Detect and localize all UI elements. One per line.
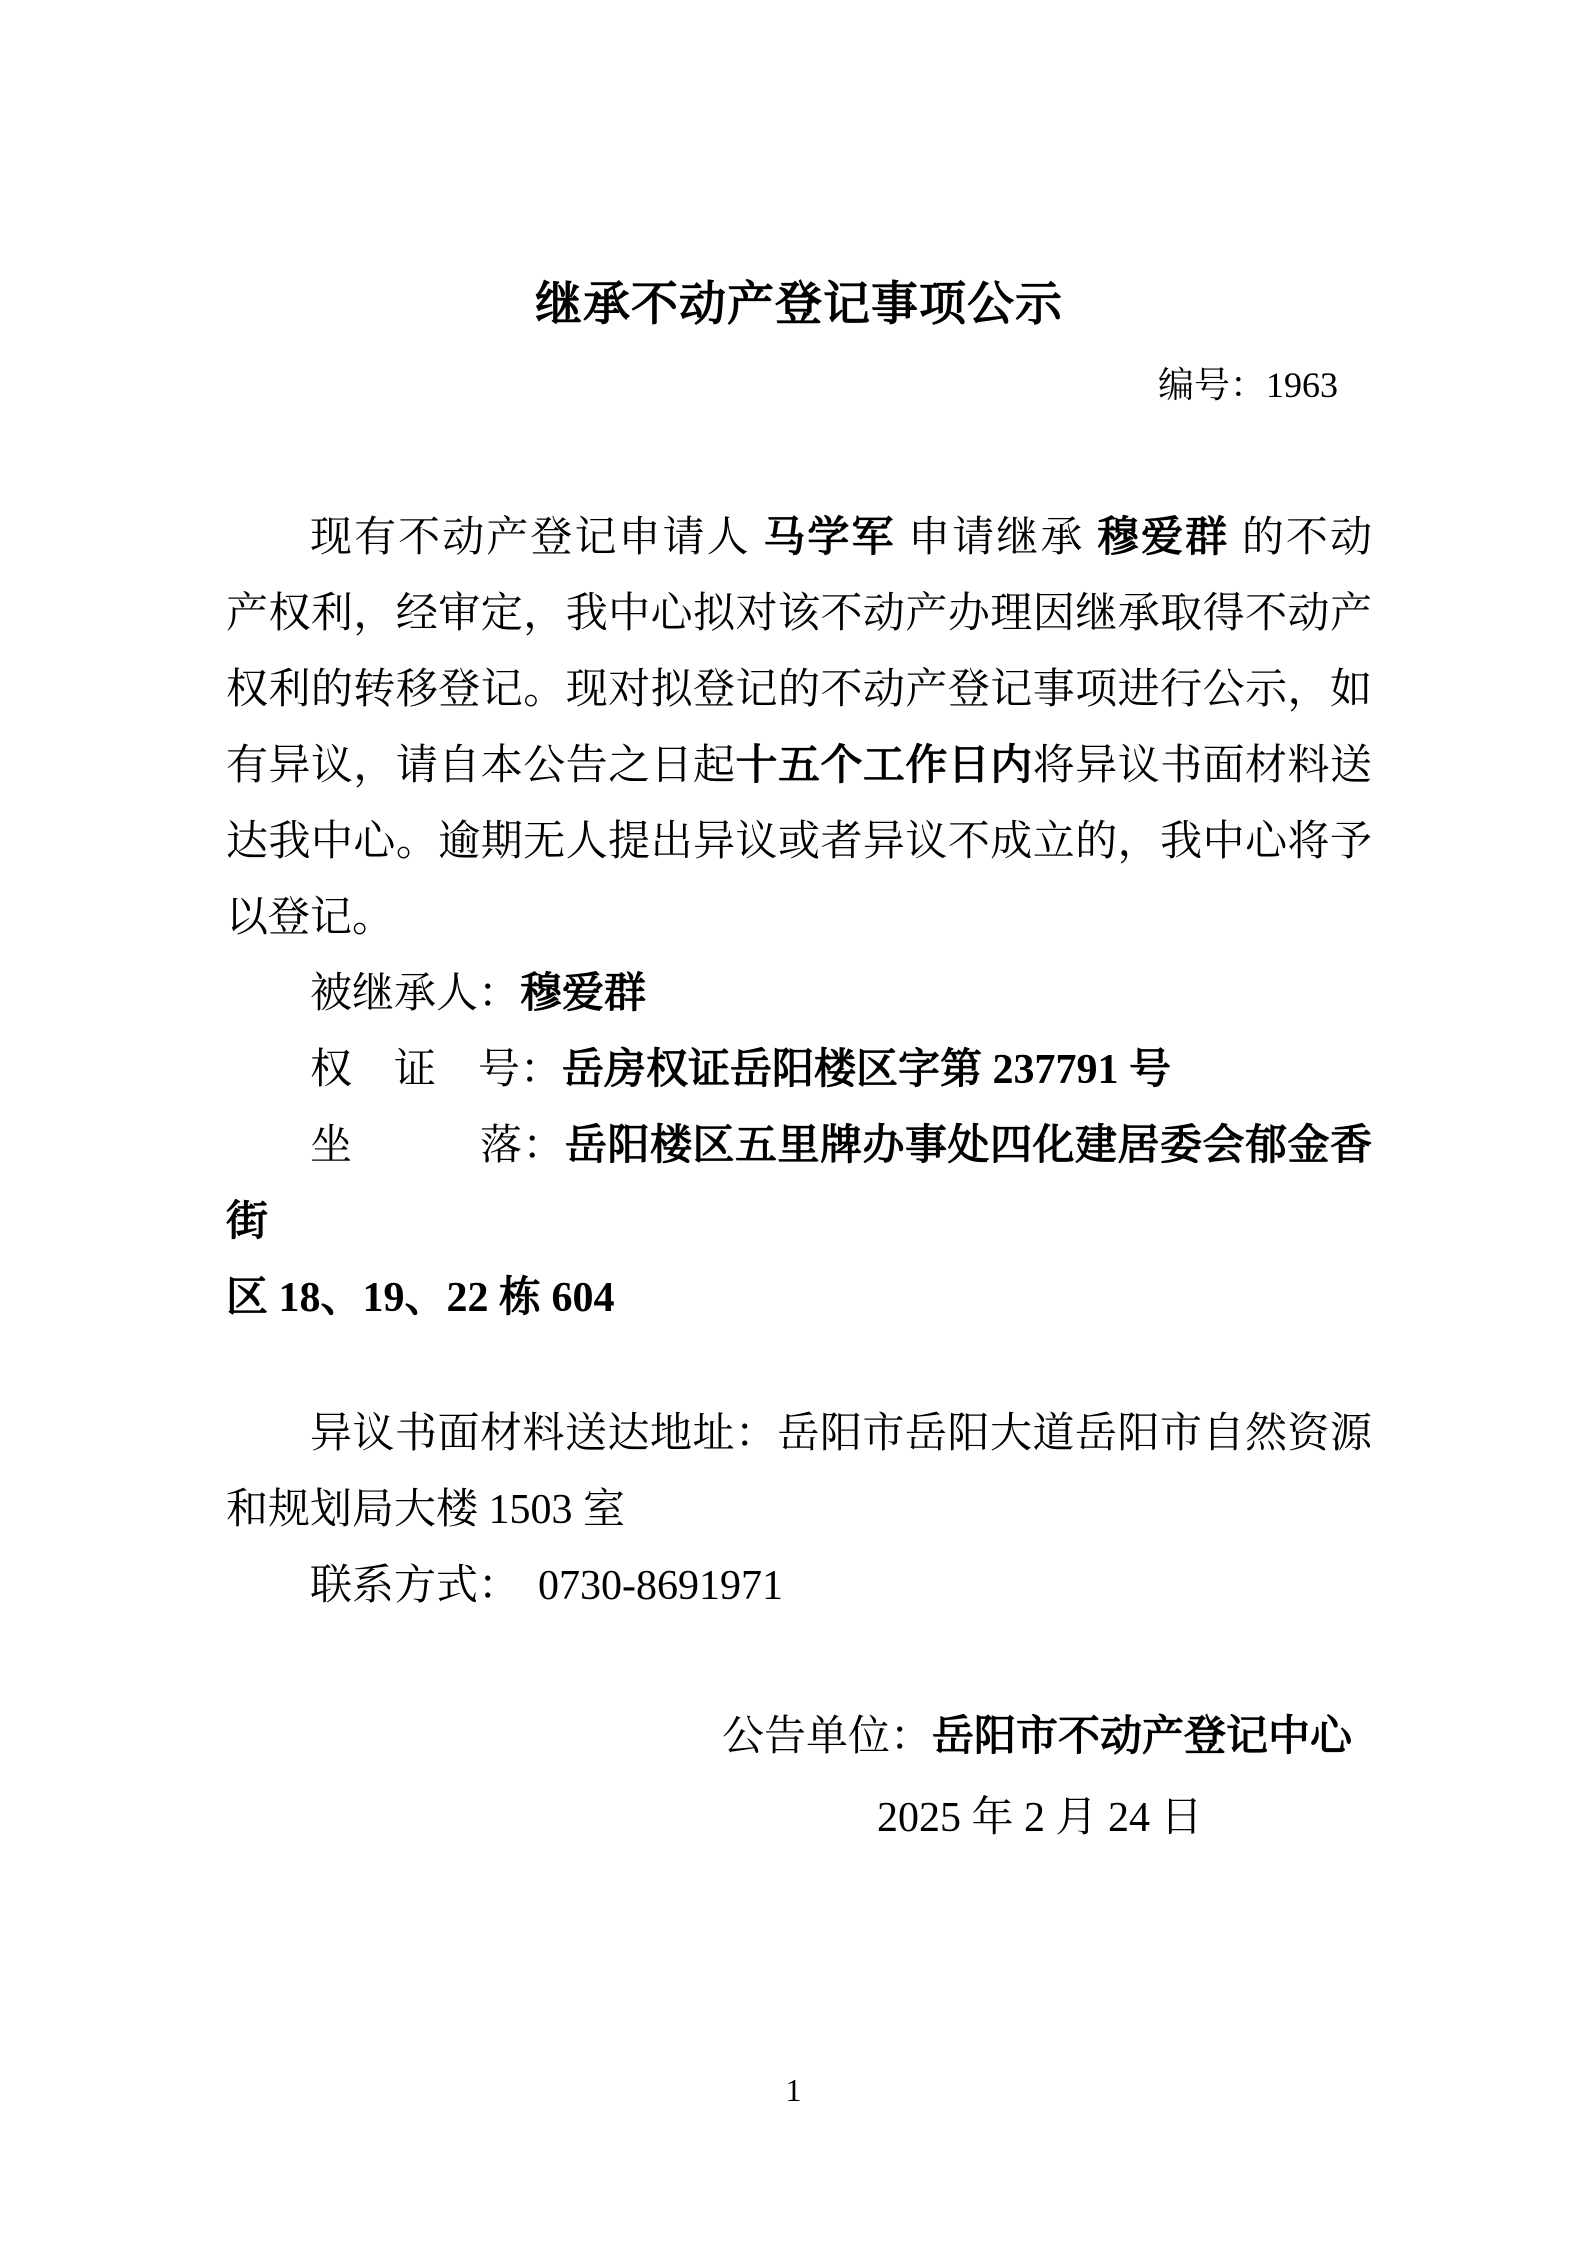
- contact-line: 联系方式：0730-8691971: [226, 1548, 1372, 1624]
- notice-body: 现有不动产登记申请人 马学军 申请继承 穆爱群 的不动 产权利，经审定，我中心拟…: [226, 500, 1372, 1624]
- signature-unit-line: 公告单位：岳阳市不动产登记中心: [722, 1697, 1372, 1778]
- paragraph-line-1: 现有不动产登记申请人 马学军 申请继承 穆爱群 的不动: [226, 500, 1372, 576]
- paragraph-line-4-pre: 有异议，请自本公告之日起: [226, 743, 736, 789]
- signature-block: 公告单位：岳阳市不动产登记中心 2025 年 2 月 24 日: [226, 1697, 1372, 1859]
- page-number: 1: [0, 2070, 1587, 2110]
- paragraph-line-5: 达我中心。逾期无人提出异议或者异议不成立的，我中心将予: [226, 804, 1372, 880]
- paragraph-line-1-mid: 申请继承: [896, 515, 1097, 561]
- objection-address-line-2: 和规划局大楼 1503 室: [226, 1472, 1372, 1548]
- objection-deadline: 十五个工作日内: [736, 743, 1033, 789]
- paragraph-line-3: 权利的转移登记。现对拟登记的不动产登记事项进行公示，如: [226, 652, 1372, 728]
- notice-document-page: 继承不动产登记事项公示 编号：1963 现有不动产登记申请人 马学军 申请继承 …: [0, 0, 1587, 2245]
- paragraph-line-1-text: 现有不动产登记申请人: [310, 515, 763, 561]
- contact-phone: 0730-8691971: [538, 1563, 783, 1609]
- decedent-name-inline: 穆爱群: [1097, 515, 1229, 561]
- signature-date: 2025 年 2 月 24 日: [877, 1778, 1372, 1859]
- signature-unit-label: 公告单位：: [722, 1714, 932, 1760]
- signature-unit-name: 岳阳市不动产登记中心: [932, 1714, 1352, 1760]
- field-location: 坐 落：岳阳楼区五里牌办事处四化建居委会郁金香街: [226, 1108, 1372, 1260]
- field-certificate-value: 岳房权证岳阳楼区字第 237791 号: [562, 1047, 1171, 1093]
- document-number-label: 编号：: [1158, 365, 1266, 405]
- field-decedent: 被继承人：穆爱群: [226, 956, 1372, 1032]
- paragraph-line-4-post: 将异议书面材料送: [1033, 743, 1372, 789]
- document-number-value: 1963: [1266, 365, 1338, 405]
- field-certificate-label: 权 证 号：: [310, 1047, 562, 1093]
- document-number-line: 编号：1963: [226, 360, 1338, 410]
- field-certificate: 权 证 号：岳房权证岳阳楼区字第 237791 号: [226, 1032, 1372, 1108]
- applicant-name: 马学军: [763, 515, 895, 561]
- objection-address-line-1: 异议书面材料送达地址：岳阳市岳阳大道岳阳市自然资源: [226, 1396, 1372, 1472]
- paragraph-line-6: 以登记。: [226, 880, 1372, 956]
- paragraph-line-1-post: 的不动: [1229, 515, 1372, 561]
- paragraph-line-4: 有异议，请自本公告之日起十五个工作日内将异议书面材料送: [226, 728, 1372, 804]
- field-location-value-line2: 区 18、19、22 栋 604: [226, 1275, 615, 1321]
- contact-label: 联系方式：: [310, 1563, 520, 1609]
- field-decedent-label: 被继承人：: [310, 971, 520, 1017]
- field-location-label: 坐 落：: [310, 1123, 565, 1169]
- paragraph-line-2: 产权利，经审定，我中心拟对该不动产办理因继承取得不动产: [226, 576, 1372, 652]
- document-title: 继承不动产登记事项公示: [226, 272, 1372, 336]
- field-decedent-value: 穆爱群: [520, 971, 646, 1017]
- field-location-continuation: 区 18、19、22 栋 604: [226, 1260, 1372, 1336]
